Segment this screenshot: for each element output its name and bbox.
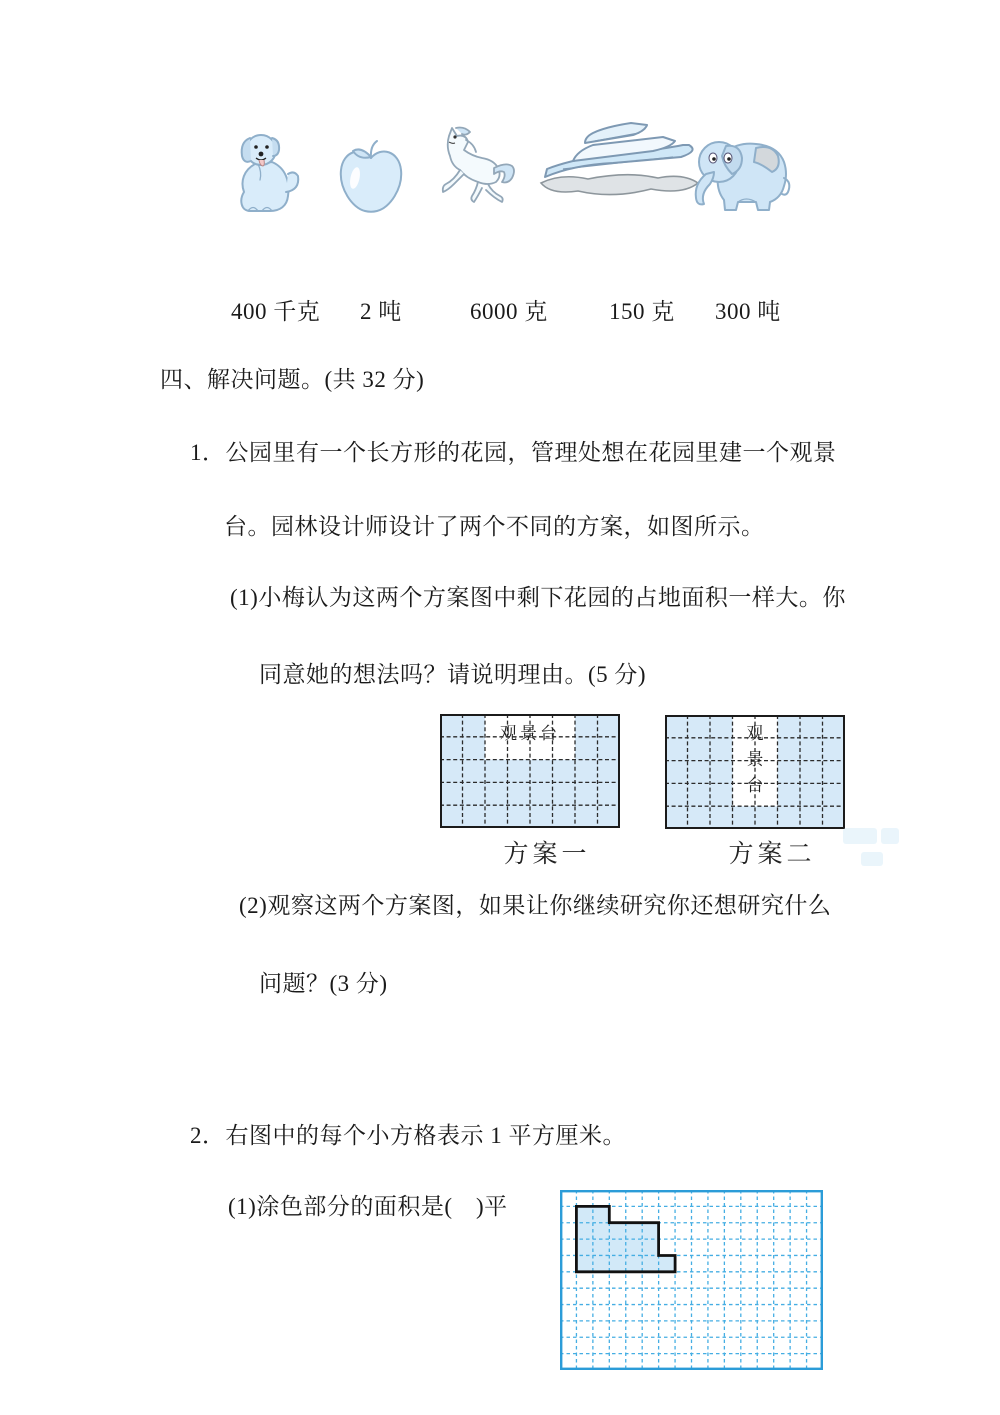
worksheet-page: 400 千克 2 吨 6000 克 150 克 300 吨 四、解决问题。(共 … [0, 0, 1000, 1415]
plan1-caption: 方案一 [457, 834, 637, 870]
plan2-caption: 方案二 [682, 834, 862, 870]
problem1-line1: 1．公园里有一个长方形的花园，管理处想在花园里建一个观景 [190, 439, 837, 468]
problem1-part2-line2: 问题？(3 分) [259, 970, 388, 999]
problem1-line2: 台。园林设计师设计了两个不同的方案，如图所示。 [224, 513, 765, 542]
problem1-part1-line2: 同意她的想法吗？请说明理由。(5 分) [259, 661, 646, 690]
platform-label: 景 [747, 750, 764, 769]
weight-label-2: 2 吨 [360, 298, 402, 327]
platform-label: 台 [747, 776, 764, 795]
plan2-figure: 观景台 [665, 715, 845, 829]
platform-label: 观景台 [500, 724, 560, 743]
platform-label: 观 [747, 724, 764, 743]
boat-image [533, 115, 708, 205]
weight-label-5: 300 吨 [715, 298, 781, 327]
weight-label-4: 150 克 [609, 298, 675, 327]
dog-image [228, 126, 308, 221]
problem1-part1-line1: (1)小梅认为这两个方案图中剩下花园的占地面积一样大。你 [230, 584, 846, 613]
plan1-figure: 观景台 [440, 714, 620, 828]
problem1-part2-line1: (2)观察这两个方案图，如果让你继续研究你还想研究什么 [239, 892, 831, 921]
apple-image [335, 138, 407, 218]
problem2-line1: 2．右图中的每个小方格表示 1 平方厘米。 [190, 1122, 626, 1151]
problem2-part1: (1)涂色部分的面积是( )平 [228, 1193, 508, 1222]
horse-image [428, 122, 518, 207]
elephant-image [686, 122, 796, 217]
watermark [843, 828, 899, 871]
section-heading: 四、解决问题。(共 32 分) [160, 366, 424, 395]
weight-label-3: 6000 克 [470, 298, 548, 327]
area-grid-figure [560, 1190, 823, 1370]
weight-label-1: 400 千克 [231, 298, 320, 327]
